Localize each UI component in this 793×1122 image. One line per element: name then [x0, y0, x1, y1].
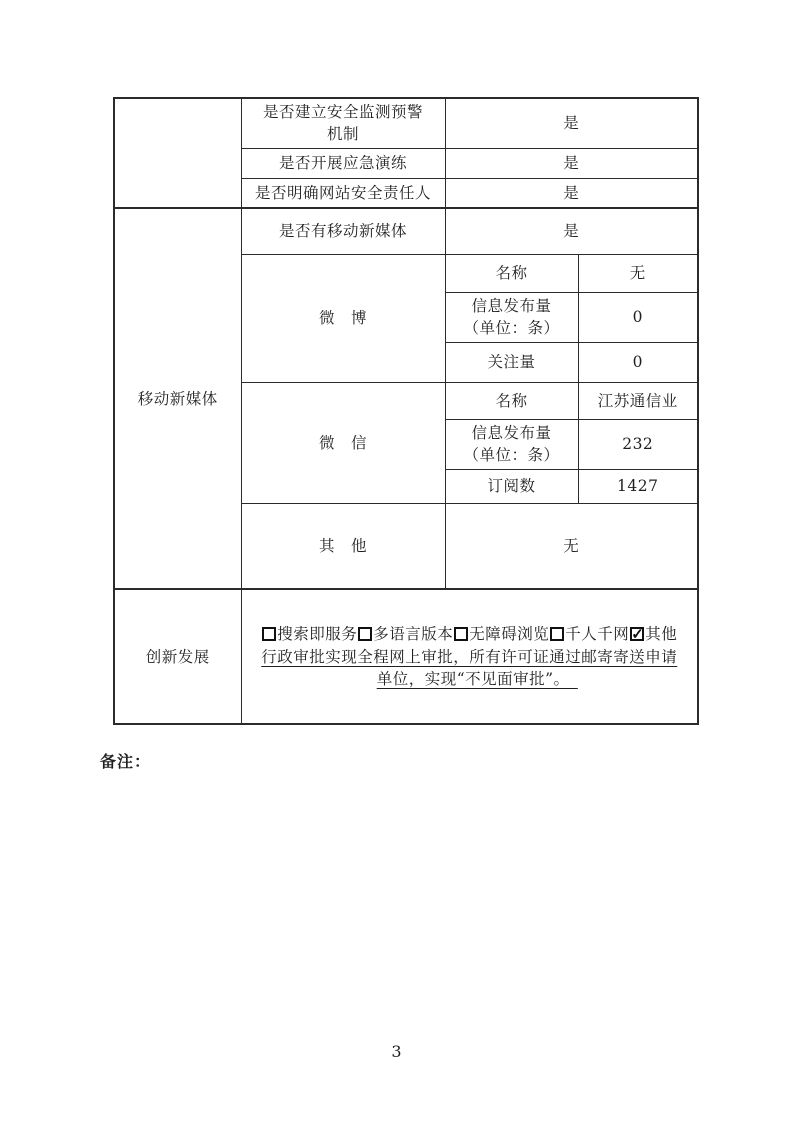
row-label-weibo-posts: 信息发布量 （单位：条）: [445, 292, 578, 342]
row-label-security-monitoring: 是否建立安全监测预警 机制: [241, 98, 445, 148]
innovation-option: 搜索即服务: [261, 625, 357, 643]
innovation-detail-line1: 行政审批实现全程网上审批，所有许可证通过邮寄寄送申请: [246, 646, 694, 668]
table-row: 是否建立安全监测预警 机制 是: [114, 98, 698, 148]
checkbox-other-icon: [630, 627, 644, 641]
annual-report-table: 是否建立安全监测预警 机制 是 是否开展应急演练 是 是否明确网站安全责任人 是…: [113, 97, 699, 725]
row-value-security-officer: 是: [445, 178, 698, 208]
row-value-weibo-followers: 0: [578, 342, 698, 382]
innovation-option: 多语言版本: [357, 625, 453, 643]
checkbox-label: 无障碍浏览: [469, 625, 549, 643]
checkbox-multilingual-icon: [358, 627, 372, 641]
row-value-wechat-name: 江苏通信业: [578, 382, 698, 419]
checkbox-label: 千人千网: [565, 625, 629, 643]
innovation-option: 其他: [629, 625, 677, 643]
checkbox-label: 其他: [645, 625, 677, 643]
row-value-weibo-posts: 0: [578, 292, 698, 342]
row-value-has-mobile-media: 是: [445, 208, 698, 254]
row-label-weibo-name: 名称: [445, 254, 578, 292]
row-label-has-mobile-media: 是否有移动新媒体: [241, 208, 445, 254]
row-value-weibo-name: 无: [578, 254, 698, 292]
row-value-security-monitoring: 是: [445, 98, 698, 148]
innovation-content-cell: 搜索即服务多语言版本无障碍浏览千人千网其他 行政审批实现全程网上审批，所有许可证…: [241, 589, 698, 724]
checkbox-search-service-icon: [262, 627, 276, 641]
section-header-mobile-media: 移动新媒体: [114, 208, 241, 589]
checkbox-personalized-icon: [550, 627, 564, 641]
section-header-innovation: 创新发展: [114, 589, 241, 724]
document-page: 是否建立安全监测预警 机制 是 是否开展应急演练 是 是否明确网站安全责任人 是…: [0, 0, 793, 1122]
group-label-other-media: 其 他: [241, 503, 445, 589]
row-label-security-officer: 是否明确网站安全责任人: [241, 178, 445, 208]
group-label-weibo: 微 博: [241, 254, 445, 382]
row-label-wechat-name: 名称: [445, 382, 578, 419]
checkbox-label: 多语言版本: [373, 625, 453, 643]
row-label-weibo-followers: 关注量: [445, 342, 578, 382]
checkbox-label: 搜索即服务: [277, 625, 357, 643]
page-number: 3: [0, 1042, 793, 1061]
remarks-label: 备注：: [100, 749, 151, 772]
innovation-option: 无障碍浏览: [453, 625, 549, 643]
row-label-emergency-drill: 是否开展应急演练: [241, 148, 445, 178]
row-value-wechat-subscribers: 1427: [578, 469, 698, 503]
group-label-wechat: 微 信: [241, 382, 445, 503]
innovation-detail-line2: 单位，实现“不见面审批”。: [246, 668, 694, 690]
innovation-checkbox-line: 搜索即服务多语言版本无障碍浏览千人千网其他: [246, 623, 694, 645]
table-row: 移动新媒体 是否有移动新媒体 是: [114, 208, 698, 254]
table-row: 创新发展 搜索即服务多语言版本无障碍浏览千人千网其他 行政审批实现全程网上审批，…: [114, 589, 698, 724]
section-header-empty: [114, 98, 241, 208]
innovation-option: 千人千网: [549, 625, 629, 643]
row-value-wechat-posts: 232: [578, 419, 698, 469]
row-label-wechat-posts: 信息发布量 （单位：条）: [445, 419, 578, 469]
row-value-other-media: 无: [445, 503, 698, 589]
checkbox-accessibility-icon: [454, 627, 468, 641]
row-label-wechat-subscribers: 订阅数: [445, 469, 578, 503]
row-value-emergency-drill: 是: [445, 148, 698, 178]
